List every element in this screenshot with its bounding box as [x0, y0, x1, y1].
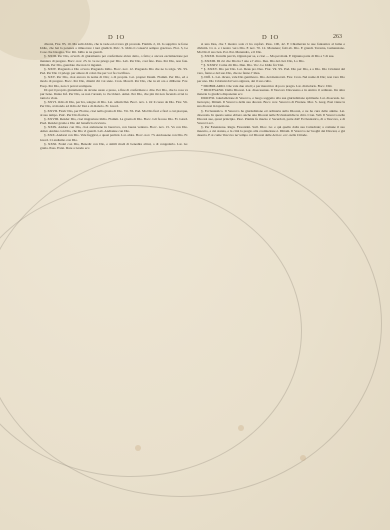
paragraph: §. XXIII. Per Dio, avverb. di giuramento… — [40, 54, 188, 66]
paragraph: * DIOCESANO. Della Diocesi. Lat. dioeces… — [197, 88, 345, 96]
foxing-spot — [238, 425, 244, 431]
paragraph: §. Per Estensione. Regn. Fiorentini. Sul… — [197, 125, 345, 137]
paragraph: diversi, Fior. 85, 10. Ma sullo Iddio, c… — [40, 42, 188, 54]
paragraph: * §. XXXV. Dio per Dio. Lat. Deus pro De… — [197, 67, 345, 75]
paragraph: §. XXV. Per Dio, cioè ancora in nome di … — [40, 75, 188, 87]
foxing-spot — [300, 455, 306, 461]
column-right: si una Dea, che 'l mostro sola ci ha cap… — [197, 42, 345, 138]
foxing-spot — [135, 445, 141, 451]
paragraph: §. XXX. Andarsi con Dio. Vale fuggirsi, … — [40, 133, 188, 141]
paragraph: si una Dea, che 'l mostro sola ci ha cap… — [197, 42, 345, 54]
page-number: 263 — [333, 34, 342, 40]
paragraph: §. XXVI. Odio di Dio, per Ira, sdegno di… — [40, 100, 188, 108]
paragraph: §. Ecclesiastico. Il Vescovo ha giurisdi… — [197, 109, 345, 126]
column-left: diversi, Fior. 85, 10. Ma sullo Iddio, c… — [40, 42, 188, 150]
scanned-page: D IO D IO 263 diversi, Fior. 85, 10. Ma … — [0, 0, 390, 530]
paragraph: §. XXIV. Pregando a Dio ovvero Pregando … — [40, 67, 188, 75]
paragraph: §. XXVIII. Render Dio, cioè ringraziare … — [40, 117, 188, 125]
paragraph: §. Diff. L. Lat. dicere, vale Dio gentil… — [197, 75, 345, 83]
paragraph: Di qui il proprio giuramento da alcuno u… — [40, 88, 188, 100]
running-header-right: D IO — [262, 34, 279, 41]
paragraph: §. XXVII. Fiorir Dio, per Fiorire, cioè … — [40, 109, 188, 117]
paragraph: DIOCESI. Giurisdizione di Vescovo, e luo… — [197, 96, 345, 108]
paragraph: §. XXXI. Fedel con Dio, Benedir con Dio,… — [40, 142, 188, 150]
ring-stain-outer — [0, 150, 382, 497]
paragraph: §. XXIX. Andare con Dio, cioè andarsene … — [40, 125, 188, 133]
running-header-left: D IO — [108, 34, 125, 41]
